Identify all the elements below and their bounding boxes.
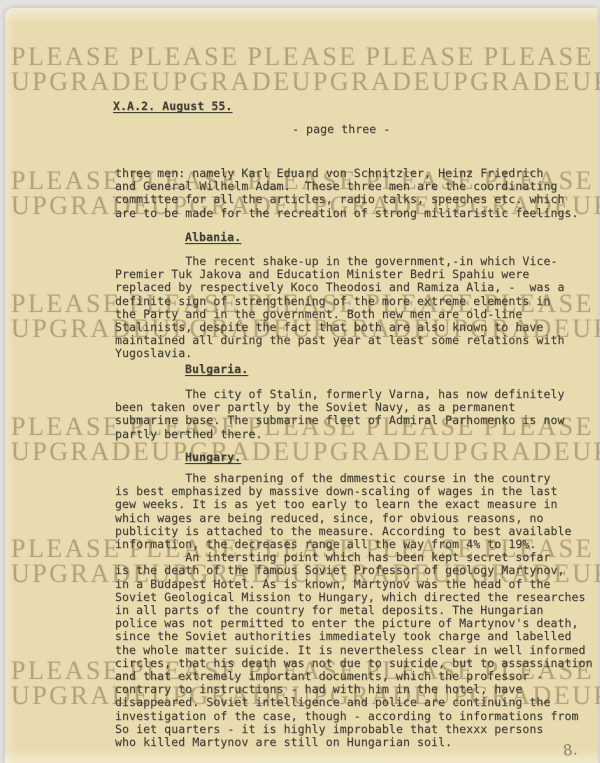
intro-paragraph: three men: namely Karl Eduard von Schnit… xyxy=(115,167,579,220)
watermark-word: PLEASE xyxy=(11,414,121,440)
watermark-word: UPGRADE xyxy=(432,69,572,95)
watermark-word: UPGRADE xyxy=(151,69,291,95)
watermark-word: UPGRADE xyxy=(572,316,600,342)
watermark-word: UPGRADE xyxy=(432,439,572,465)
watermark-word: UPGRADE xyxy=(572,439,600,465)
watermark-word: UPGRADE xyxy=(11,439,151,465)
section-body-albania: The recent shake-up in the government,-i… xyxy=(115,255,565,361)
document-reference: X.A.2. August 55. xyxy=(113,100,232,113)
watermark-word: PLEASE xyxy=(11,291,121,317)
paper-sheet: PLEASEPLEASEPLEASEPLEASEPLEASEUPGRADEUPG… xyxy=(5,8,598,763)
watermark-word: UPGRADE xyxy=(11,69,151,95)
watermark-word: PLEASE xyxy=(484,44,594,70)
page-number: 8. xyxy=(562,740,578,759)
watermark-word: UPGRADE xyxy=(572,69,600,95)
watermark-word: PLEASE xyxy=(11,168,121,194)
watermark-word: UPGRADE xyxy=(292,69,432,95)
section-body-bulgaria: The city of Stalin, formerly Varna, has … xyxy=(115,388,565,441)
watermark-word: PLEASE xyxy=(365,44,475,70)
section-heading-hungary: Hungary. xyxy=(185,451,241,464)
section-heading-bulgaria: Bulgaria. xyxy=(185,363,248,376)
section-heading-albania: Albania. xyxy=(185,231,241,244)
watermark-row: UPGRADEUPGRADEUPGRADEUPGRADEUPGRADE xyxy=(11,439,594,465)
watermark-word: PLEASE xyxy=(247,44,357,70)
watermark-word: PLEASE xyxy=(11,44,121,70)
scanned-page: PLEASEPLEASEPLEASEPLEASEPLEASEUPGRADEUPG… xyxy=(0,0,600,763)
page-label: - page three - xyxy=(292,123,390,136)
section-body-hungary: The sharpening of the dmmestic course in… xyxy=(115,472,593,749)
watermark-row: PLEASEPLEASEPLEASEPLEASEPLEASE xyxy=(11,44,594,70)
watermark-row: UPGRADEUPGRADEUPGRADEUPGRADEUPGRADE xyxy=(11,69,594,95)
watermark-word: UPGRADE xyxy=(292,439,432,465)
watermark-word: PLEASE xyxy=(129,44,239,70)
watermark-word: PLEASE xyxy=(11,658,121,684)
watermark-word: PLEASE xyxy=(11,536,121,562)
